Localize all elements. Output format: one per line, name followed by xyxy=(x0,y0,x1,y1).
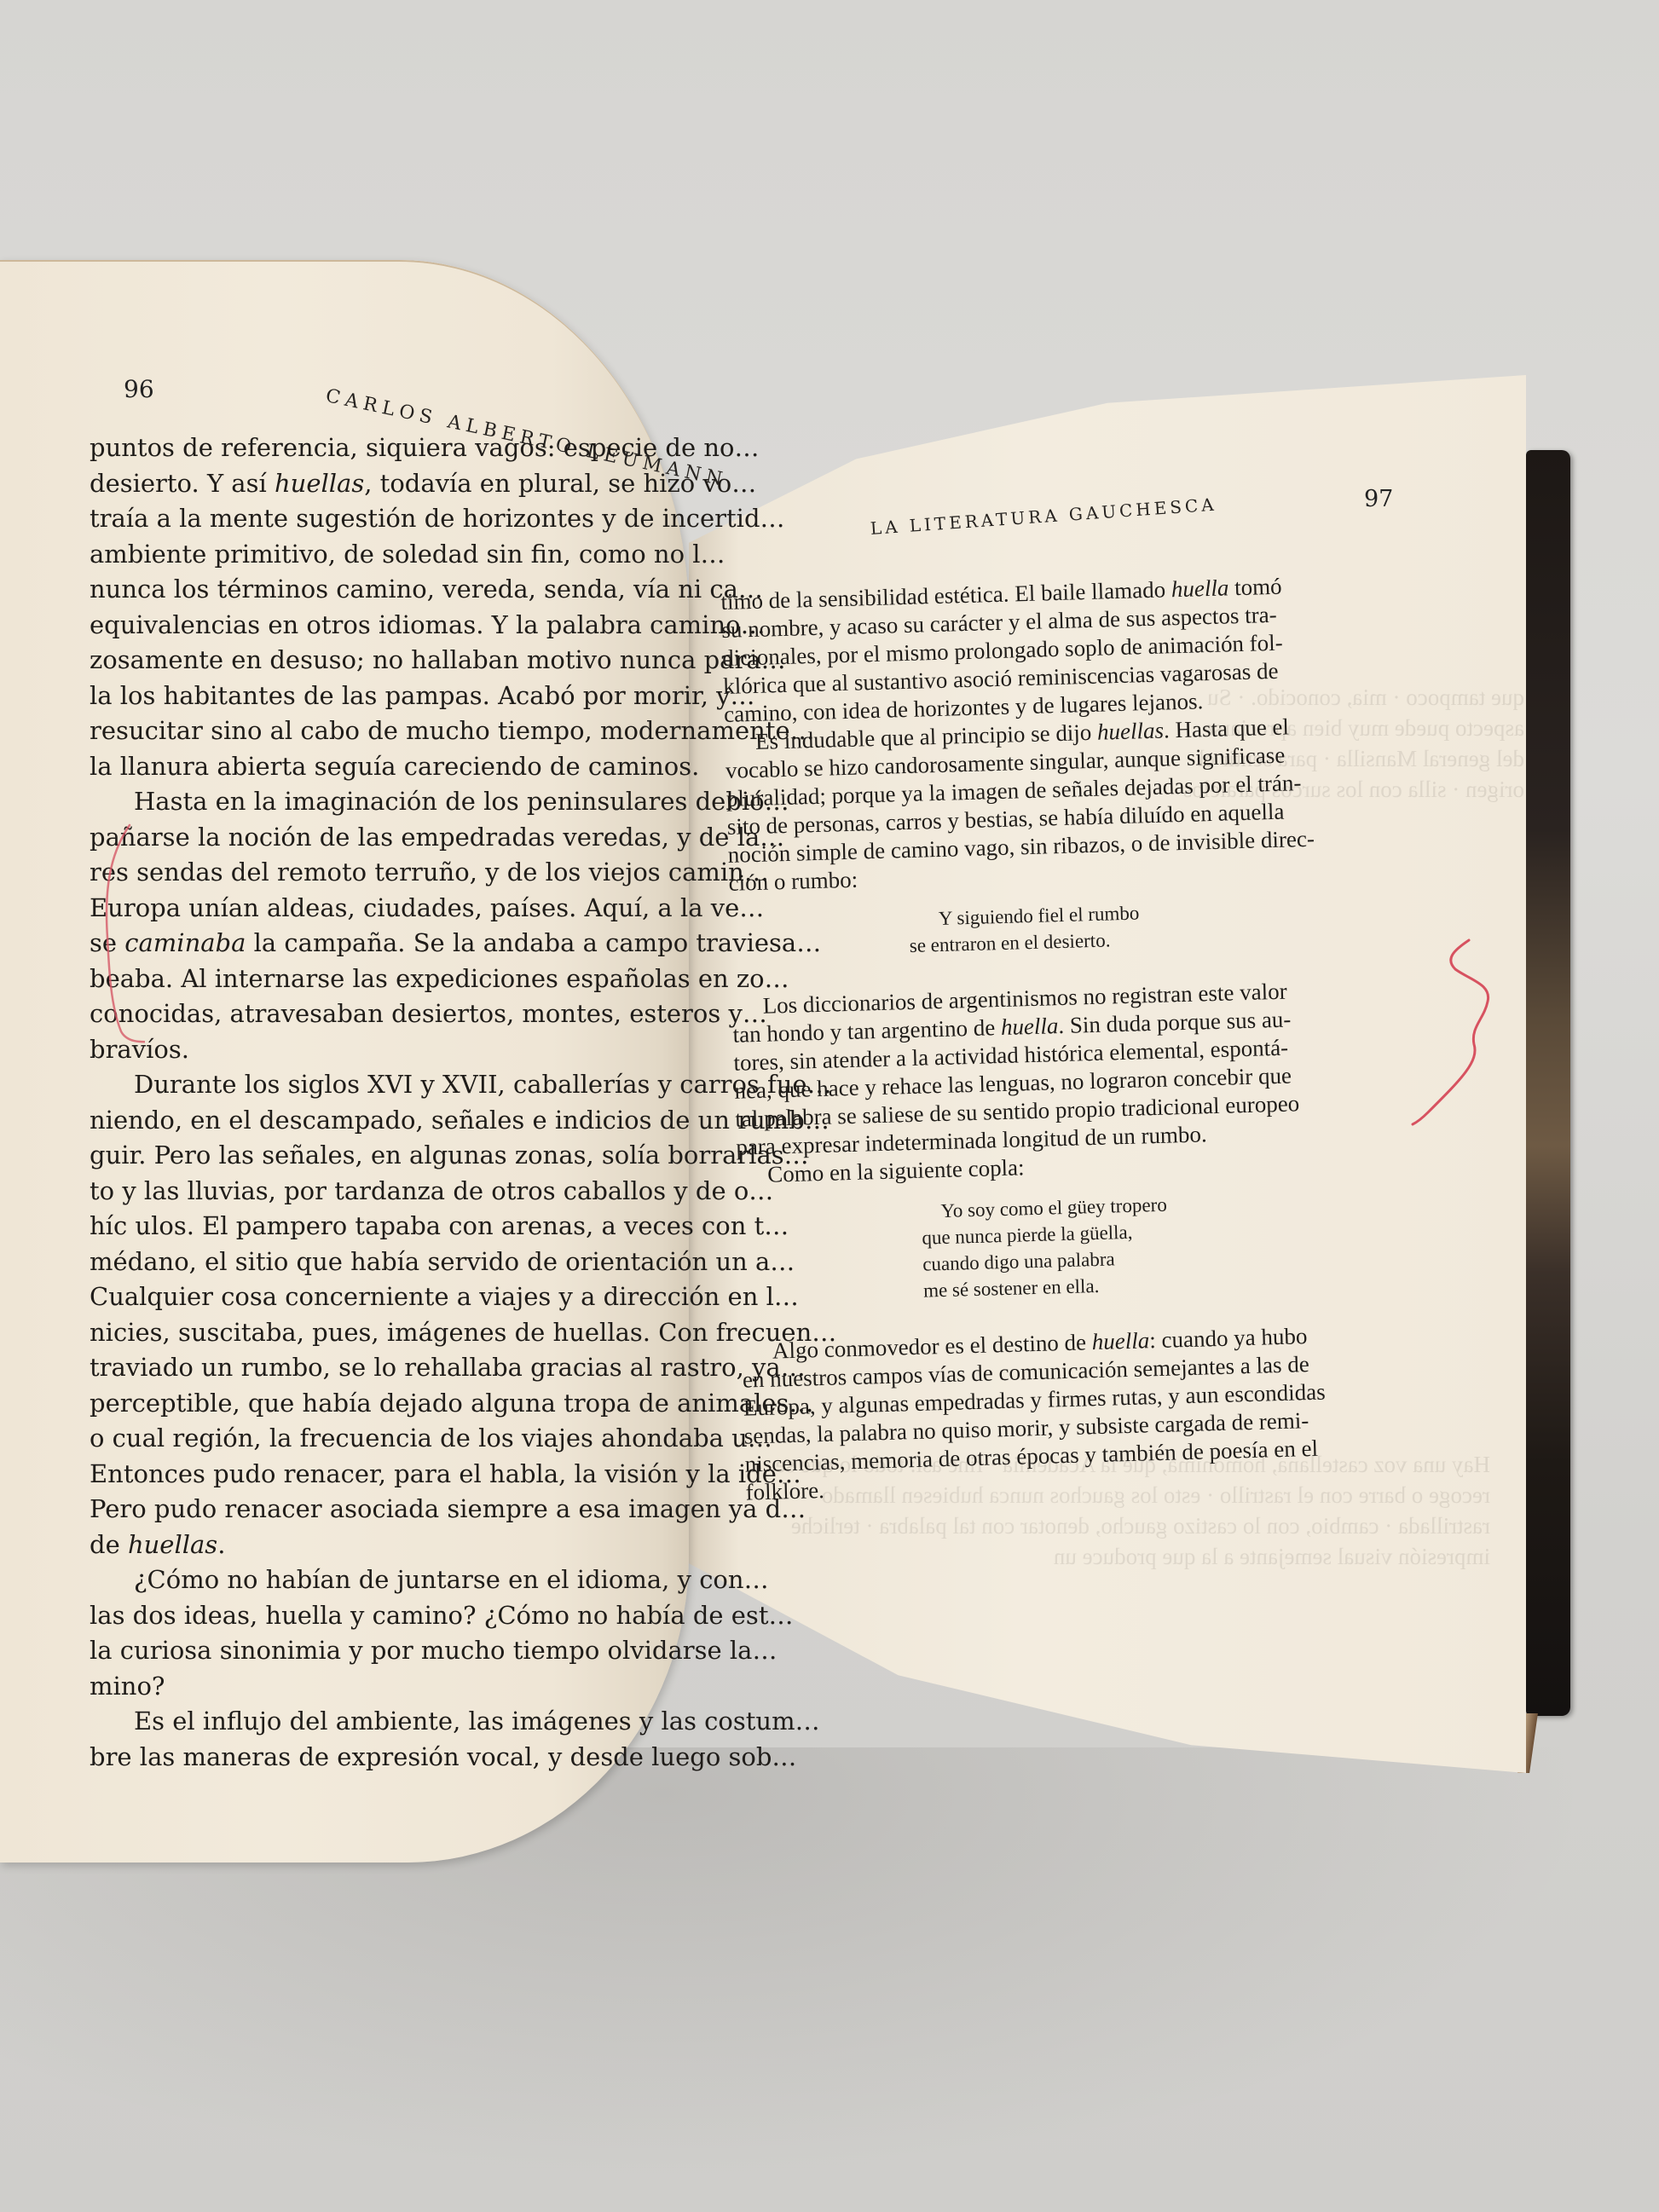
text-line: zosamente en desuso; no hallaban motivo … xyxy=(90,643,686,679)
text-line: Hasta en la imaginación de los peninsula… xyxy=(90,784,686,820)
text-line: Pero pudo renacer asociada siempre a esa… xyxy=(90,1492,686,1528)
text-line: puntos de referencia, siquiera vagos: es… xyxy=(90,430,686,466)
text-line: bravíos. xyxy=(90,1032,686,1068)
right-page-body: timo de la sensibilidad estética. El bai… xyxy=(720,569,1428,1507)
text-line: la curiosa sinonimia y por mucho tiempo … xyxy=(90,1633,686,1669)
text-line: equivalencias en otros idiomas. Y la pal… xyxy=(90,608,686,644)
text-line: mino? xyxy=(90,1669,686,1705)
left-page-body: puntos de referencia, siquiera vagos: es… xyxy=(90,430,686,1775)
text-line: la llanura abierta seguía careciendo de … xyxy=(90,749,686,785)
text-line: de huellas. xyxy=(90,1528,686,1563)
text-line: o cual región, la frecuencia de los viaj… xyxy=(90,1421,686,1457)
text-line: médano, el sitio que había servido de or… xyxy=(90,1245,686,1280)
text-line: conocidas, atravesaban desiertos, montes… xyxy=(90,996,686,1032)
text-line: niendo, en el descampado, señales e indi… xyxy=(90,1103,686,1139)
text-line: Es el influjo del ambiente, las imágenes… xyxy=(90,1704,686,1740)
red-pencil-bracket-left xyxy=(51,818,145,1074)
text-line: Entonces pudo renacer, para el habla, la… xyxy=(90,1457,686,1493)
text-line: resucitar sino al cabo de mucho tiempo, … xyxy=(90,713,686,749)
text-line: perceptible, que había dejado alguna tro… xyxy=(90,1386,686,1422)
text-line: nicies, suscitaba, pues, imágenes de hue… xyxy=(90,1315,686,1351)
text-line: Cualquier cosa concerniente a viajes y a… xyxy=(90,1279,686,1315)
text-line: Europa unían aldeas, ciudades, países. A… xyxy=(90,891,686,927)
text-line: bre las maneras de expresión vocal, y de… xyxy=(90,1740,686,1776)
text-line: guir. Pero las señales, en algunas zonas… xyxy=(90,1138,686,1174)
text-line: to y las lluvias, por tardanza de otros … xyxy=(90,1174,686,1210)
text-line: beaba. Al internarse las expediciones es… xyxy=(90,962,686,997)
text-line: res sendas del remoto terruño, y de los … xyxy=(90,855,686,891)
text-line: híc ulos. El pampero tapaba con arenas, … xyxy=(90,1209,686,1245)
text-line: se caminaba la campaña. Se la andaba a c… xyxy=(90,926,686,962)
text-line: nunca los términos camino, vereda, senda… xyxy=(90,572,686,608)
text-line: traía a la mente sugestión de horizontes… xyxy=(90,501,686,537)
page-number-left: 96 xyxy=(124,375,154,403)
text-line: ¿Cómo no habían de juntarse en el idioma… xyxy=(90,1562,686,1598)
text-line: desierto. Y así huellas, todavía en plur… xyxy=(90,466,686,502)
page-number-right: 97 xyxy=(1364,486,1393,512)
text-line: pañarse la noción de las empedradas vere… xyxy=(90,820,686,856)
red-pencil-bracket-right xyxy=(1411,933,1505,1146)
book-cover-edge xyxy=(1526,450,1570,1716)
text-line: ambiente primitivo, de soledad sin fin, … xyxy=(90,537,686,573)
text-line: Durante los siglos XVI y XVII, caballerí… xyxy=(90,1067,686,1103)
text-line: las dos ideas, huella y camino? ¿Cómo no… xyxy=(90,1598,686,1634)
text-line: la los habitantes de las pampas. Acabó p… xyxy=(90,679,686,714)
text-line: traviado un rumbo, se lo rehallaba graci… xyxy=(90,1350,686,1386)
